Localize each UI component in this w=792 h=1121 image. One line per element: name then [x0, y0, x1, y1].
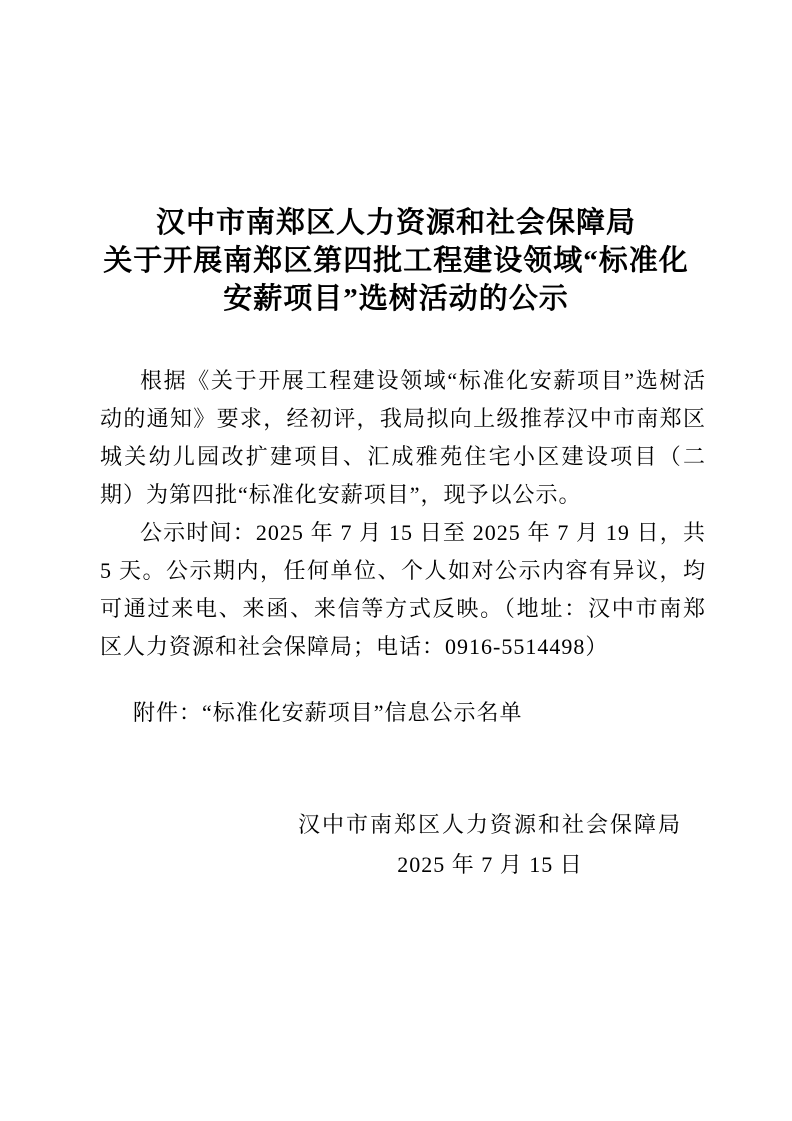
document-title-line-2: 关于开展南郑区第四批工程建设领域“标准化: [0, 242, 792, 280]
document-title: 汉中市南郑区人力资源和社会保障局 关于开展南郑区第四批工程建设领域“标准化 安薪…: [0, 0, 792, 318]
signature-org: 汉中市南郑区人力资源和社会保障局: [298, 805, 682, 845]
body-paragraph-1: 根据《关于开展工程建设领域“标准化安薪项目”选树活动的通知》要求，经初评，我局拟…: [100, 362, 706, 514]
attachment-line: 附件：“标准化安薪项目”信息公示名单: [100, 694, 706, 732]
signature-block: 汉中市南郑区人力资源和社会保障局 2025 年 7 月 15 日: [298, 805, 682, 885]
document-title-line-3: 安薪项目”选树活动的公示: [0, 280, 792, 318]
document-body: 根据《关于开展工程建设领域“标准化安薪项目”选树活动的通知》要求，经初评，我局拟…: [0, 362, 792, 885]
signature-date: 2025 年 7 月 15 日: [298, 845, 682, 885]
document-page: 汉中市南郑区人力资源和社会保障局 关于开展南郑区第四批工程建设领域“标准化 安薪…: [0, 0, 792, 1121]
body-paragraph-2: 公示时间：2025 年 7 月 15 日至 2025 年 7 月 19 日，共 …: [100, 514, 706, 666]
document-title-line-1: 汉中市南郑区人力资源和社会保障局: [0, 204, 792, 242]
